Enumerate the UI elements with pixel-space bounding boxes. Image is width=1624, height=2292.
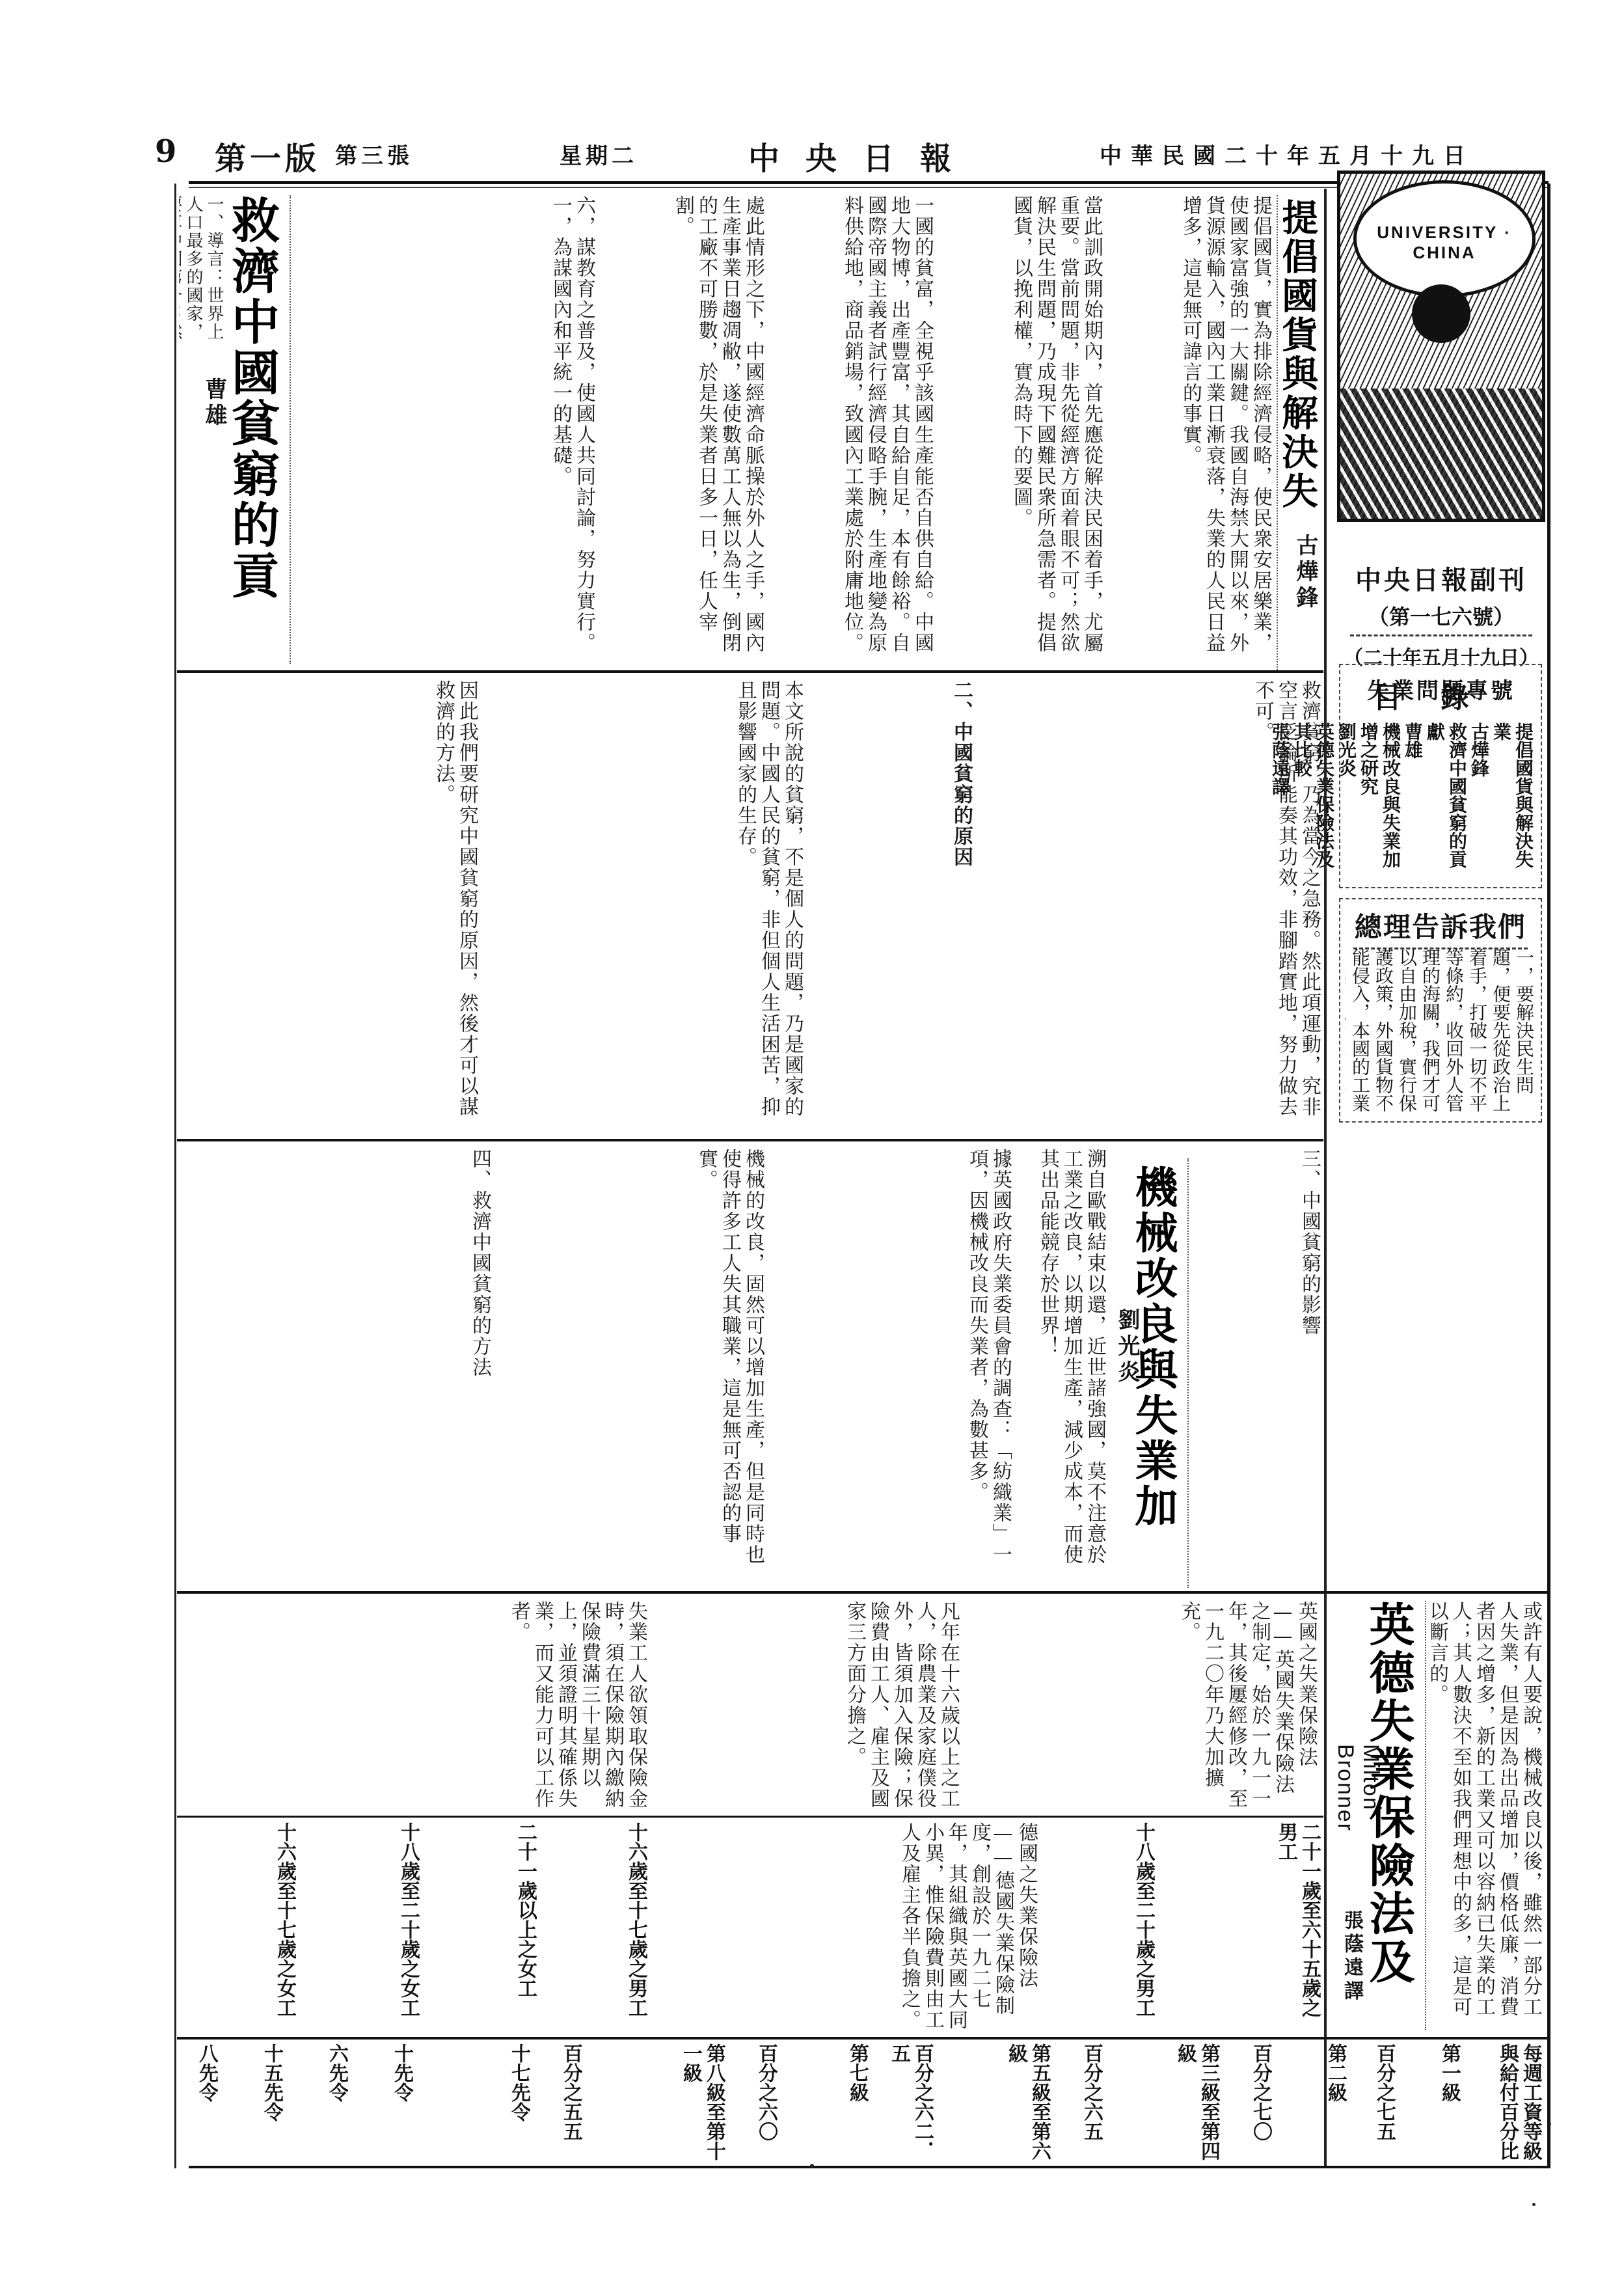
rates-amount: 六先令 [286,2043,348,2161]
page-label: 第一版 [215,133,320,169]
article-2-section-heading: 四、救濟中國貧窮的方法 [179,1149,491,1585]
band-divider [177,2037,1549,2040]
supplement-title: 中央日報副刊 [1337,560,1545,597]
article-3-paragraph: 溯自歐戰結束以還，近世諸強國，莫不注意於工業之改良，以期增加生產，減少成本，而使… [1015,1149,1106,1585]
title-divider [290,195,295,664]
rates-row: 二十一歲至六十五歲之男工 [1158,1822,1321,2030]
article-3-paragraph: 或許有人要說，機械改良以後，雖然一部分工人失業，但是因為出品增加，價格低廉，消費… [1431,1601,1542,2030]
page-bottom-rule [189,2166,1549,2168]
issue-date: 中華民國二十年五月十九日 [1100,138,1474,174]
toc-item-title[interactable]: 提倡國貨與解決失業 [1490,722,1534,880]
rates-amount: 十先令 [351,2043,413,2161]
rates-value: 百分之六五 [1054,2043,1103,2161]
weekday-label: 星期二 [560,138,638,174]
rates-class: 第一級 [1399,2043,1461,2161]
woodcut-illustration: UNIVERSITY · CHINA [1337,171,1545,522]
article-3-author: 劉光炎 [1111,1308,1143,1399]
rates-amount: 八先令 [179,2043,218,2161]
rates-value: 百分之七〇 [1223,2043,1272,2161]
rates-table-caption: 每週工資等級與給付百分比 [1464,2043,1542,2161]
article-1-paragraph: 當此訓政開始期內，首先應從解決民困着手，尤屬重要。當前問題，非先從經濟方面着眼不… [937,195,1103,664]
print-speck [1532,2203,1536,2206]
page-frame-left [174,184,176,2168]
page-frame-right [1547,184,1550,2168]
band-divider [177,670,1323,673]
paper-name: 中央日報 [748,133,977,169]
article-3-paragraph: 據英國政府失業委員會的調查：「紡織業」一項，因機械改良而失業者，為數甚多。 [768,1149,1012,1585]
rates-value: 百分之五五 [534,2043,582,2161]
quote-title: 總理告訴我們 [1353,906,1528,949]
seal-text: UNIVERSITY · CHINA [1357,223,1532,263]
rates-value: 百分之七五 [1353,2043,1396,2161]
article-4-original-author: Milton Bronner [1333,1744,1383,1900]
rates-class: 第二級 [1275,2043,1347,2161]
article-2-section-heading: 三、中國貧窮的影響 [1204,1149,1321,1585]
rates-value: 百分之六〇 [729,2043,778,2161]
article-4-paragraph: 德國之失業保險法——德國失業保險制度，創設於一九二七年，其組織與英國大同小異，惟… [651,1822,1038,2030]
rates-amount: 十七先令 [416,2043,530,2161]
sun-icon [1412,284,1470,343]
supplement-issue: （第一七六號） [1337,601,1545,631]
rates-amount: 十五先令 [221,2043,283,2161]
band-divider [177,1139,1323,1141]
article-1-title[interactable]: 提倡國貨與解決失業 [1283,198,1323,511]
article-4-paragraph: 失業工人欲領取保險金時，須在保險期內繳納保險費滿三十星期以上，並須證明其確係失業… [179,1601,647,1809]
sheet-label: 第三張 [335,138,413,174]
rates-row: 十八歲至二十歲之女工 [299,1822,420,2030]
page-number: 9 [155,133,180,169]
article-2-title[interactable]: 救濟中國貧窮的貢獻 [228,195,286,612]
rates-row: 十六歲至十七歲之女工 [179,1822,296,2030]
rates-value: 百分之六二．五 [872,2043,934,2161]
sidebar-divider [1324,189,1327,2167]
quote-body: 一，要解決民生問題，便要先從政治上着手，打破一切不平等條約，收回外人管理的海關，… [1346,948,1536,1117]
article-4-translator: 張蔭遠譯 [1337,1910,1366,2014]
title-divider [1277,195,1282,670]
article-4-paragraph: 凡年在十六歲以上之工人，除農業及家庭僕役外，皆須加入保險；保險費由工人、雇主及國… [651,1601,960,1809]
rates-class: 第三級至第四級 [1106,2043,1220,2161]
sun-yatsen-quote-box: 總理告訴我們 一，要解決民生問題，便要先從政治上着手，打破一切不平等條約，收回外… [1339,898,1542,1123]
rates-row: 二十一歲以上之女工 [423,1822,537,2030]
article-1-author: 古燁鋒 [1290,534,1321,664]
rates-row: 十八歲至二十歲之男工 [1041,1822,1155,2030]
toc-item-author: 古燁鋒 [1468,722,1490,880]
rates-class: 第五級至第六級 [937,2043,1051,2161]
article-2-intro: 一、導言：世界上人口最多的國家，要算中國第一；然貧窮的程度，亦不亞於任何國家。雖… [179,195,224,351]
print-speck [1549,2123,1551,2125]
article-2-paragraph: 救濟貧窮，乃為當今之急務。然此項運動，究非空言泛論所能奏其功效，非腳踏實地，努力… [976,680,1321,1136]
title-divider [1187,1158,1193,1588]
toc-item-title[interactable]: 救濟中國貧窮的貢獻 [1424,722,1468,880]
rates-class: 第八級至第十一級 [586,2043,725,2161]
workers-figures-icon [1340,389,1542,519]
rates-class: 第七級 [781,2043,869,2161]
article-1-paragraph: 處此情形之下，中國經濟命脈操於外人之手，國內生產事業日趨凋敝，遂使數萬工人無以為… [599,195,765,664]
toc-list: 提倡國貨與解決失業 古燁鋒 救濟中國貧窮的貢獻 曹雄 機械改良與失業加增之研究 … [1347,722,1534,880]
article-2-paragraph: 因此我們要研究中國貧窮的原因，然後才可以謀救濟的方法。 [179,680,478,1136]
rates-row: 十六歲至十七歲之男工 [540,1822,647,2030]
title-divider [1425,1601,1430,2030]
band-divider [177,1816,1323,1818]
print-speck [810,2164,814,2168]
toc-item-author: 曹雄 [1401,722,1424,880]
toc-title: 目錄 [1340,674,1541,716]
article-2-section-heading: 二、中國貧窮的原因 [807,680,973,1136]
article-1-paragraph: 提倡國貨，實為排除經濟侵略，使民衆安居樂業，使國家富強的一大關鍵。我國自海禁大開… [1106,195,1272,664]
table-of-contents: 目錄 提倡國貨與解決失業 古燁鋒 救濟中國貧窮的貢獻 曹雄 機械改良與失業加增之… [1339,664,1542,888]
article-1-paragraph: 一國的貧富，全視乎該國生產能否自供自給。中國地大物博，出產豐富，其自給自足，本有… [768,195,934,664]
band-divider [177,1591,1549,1594]
university-seal-icon: UNIVERSITY · CHINA [1353,180,1536,297]
toc-item-author: 劉光炎 [1335,722,1357,880]
toc-item-title[interactable]: 機械改良與失業加增之研究 [1357,722,1401,880]
article-2-paragraph: 六，謀教育之普及，使國人共同討論，努力實行。一，為謀國內和平統一的基礎。 [306,195,595,664]
article-2-paragraph: 本文所說的貧窮，不是個人的問題，乃是國家的問題。中國人民的貧窮，非但個人生活困苦… [481,680,804,1136]
wavy-divider [1350,634,1532,636]
article-4-paragraph: 英國之失業保險法——英國失業保險法之制定，始於一九一一年，其後屢經修改，至一九二… [963,1601,1318,1809]
article-2-author: 曹雄 [198,377,230,456]
article-3-paragraph: 機械的改良，固然可以增加生產，但是同時也使得許多工人失其職業，這是無可否認的事實… [494,1149,765,1585]
